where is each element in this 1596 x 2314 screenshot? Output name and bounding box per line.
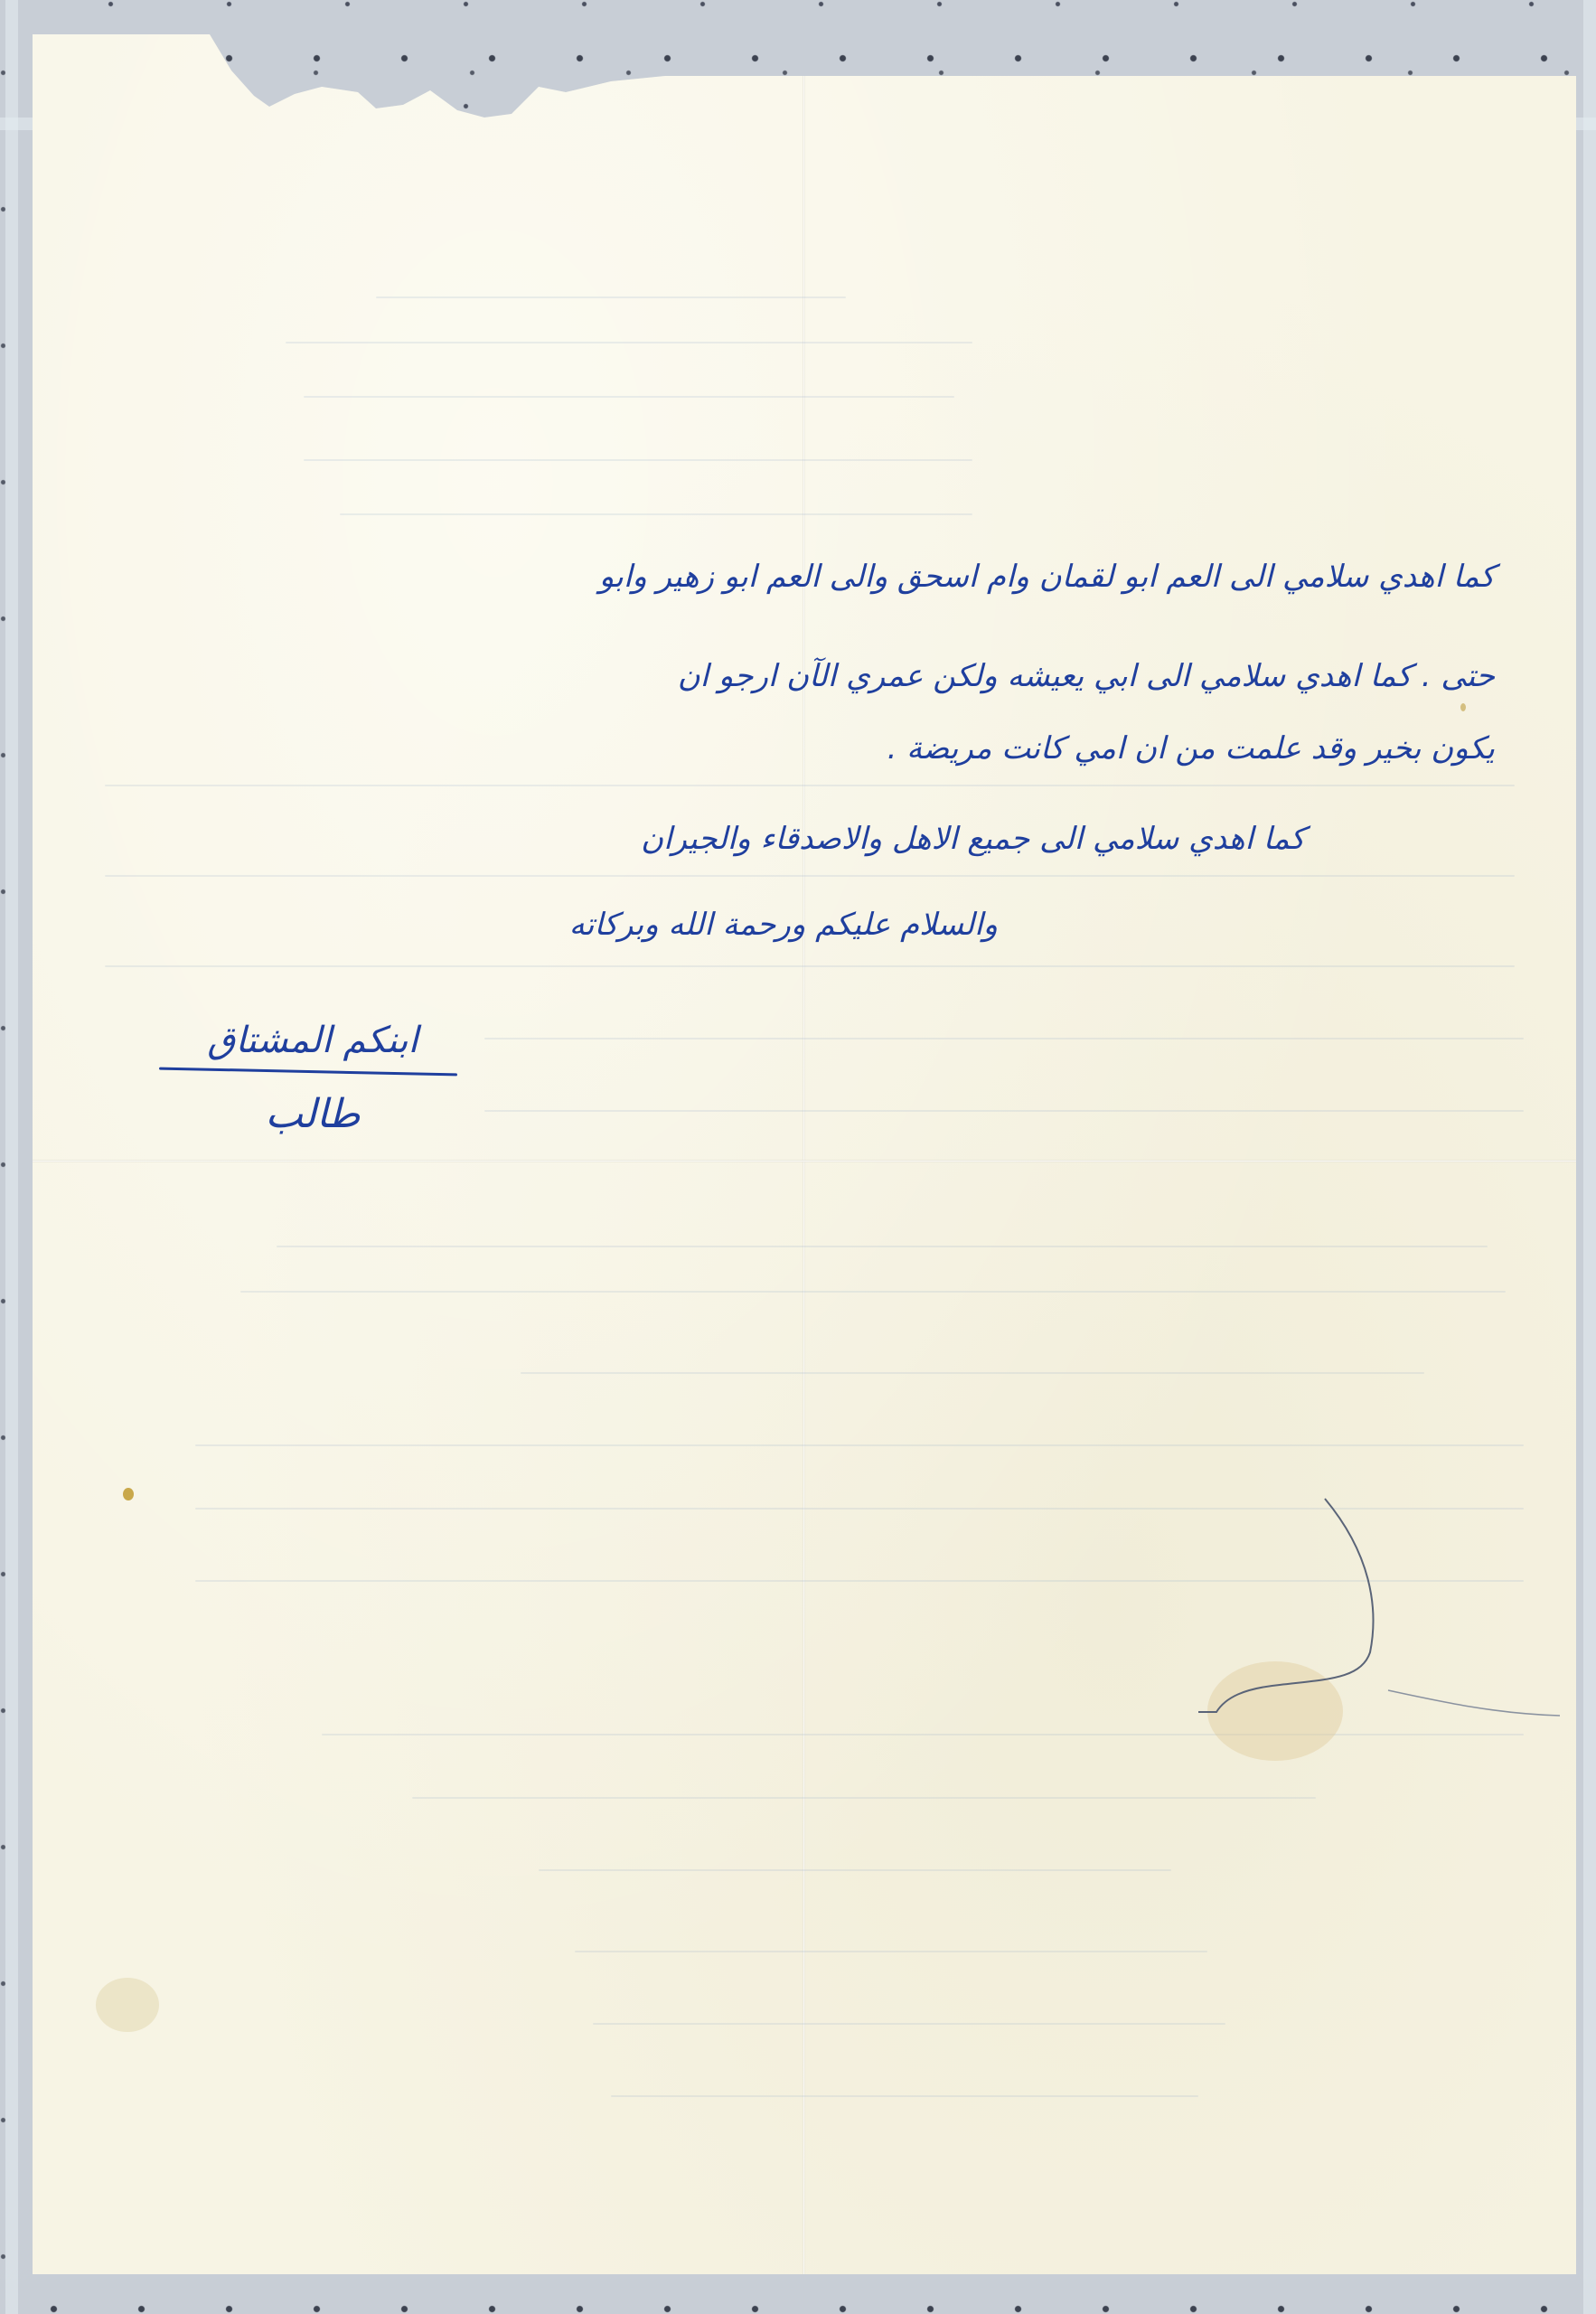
closing-line: والسلام عليكم ورحمة الله وبركاته xyxy=(569,907,998,943)
letter-line: كما اهدي سلامي الى العم ابو لقمان وام اس… xyxy=(599,559,1495,595)
signature-underline xyxy=(159,1068,457,1077)
signature-block: ابنكم المشتاق طالب xyxy=(159,1020,466,1137)
background-tile-seam xyxy=(1583,0,1596,2314)
letter-body: كما اهدي سلامي الى العم ابو لقمان وام اس… xyxy=(33,34,1576,2274)
signature-title: طالب xyxy=(159,1091,466,1137)
letter-line: يكون بخير وقد علمت من ان امي كانت مريضة … xyxy=(887,730,1495,767)
letter-line: حتى . كما اهدي سلامي الى ابي يعيشه ولكن … xyxy=(678,658,1495,694)
background-tile-seam xyxy=(5,0,18,2314)
signature-name: ابنكم المشتاق xyxy=(159,1020,466,1061)
letter-paper: كما اهدي سلامي الى العم ابو لقمان وام اس… xyxy=(33,34,1576,2274)
letter-line: كما اهدي سلامي الى جميع الاهل والاصدقاء … xyxy=(641,821,1305,857)
